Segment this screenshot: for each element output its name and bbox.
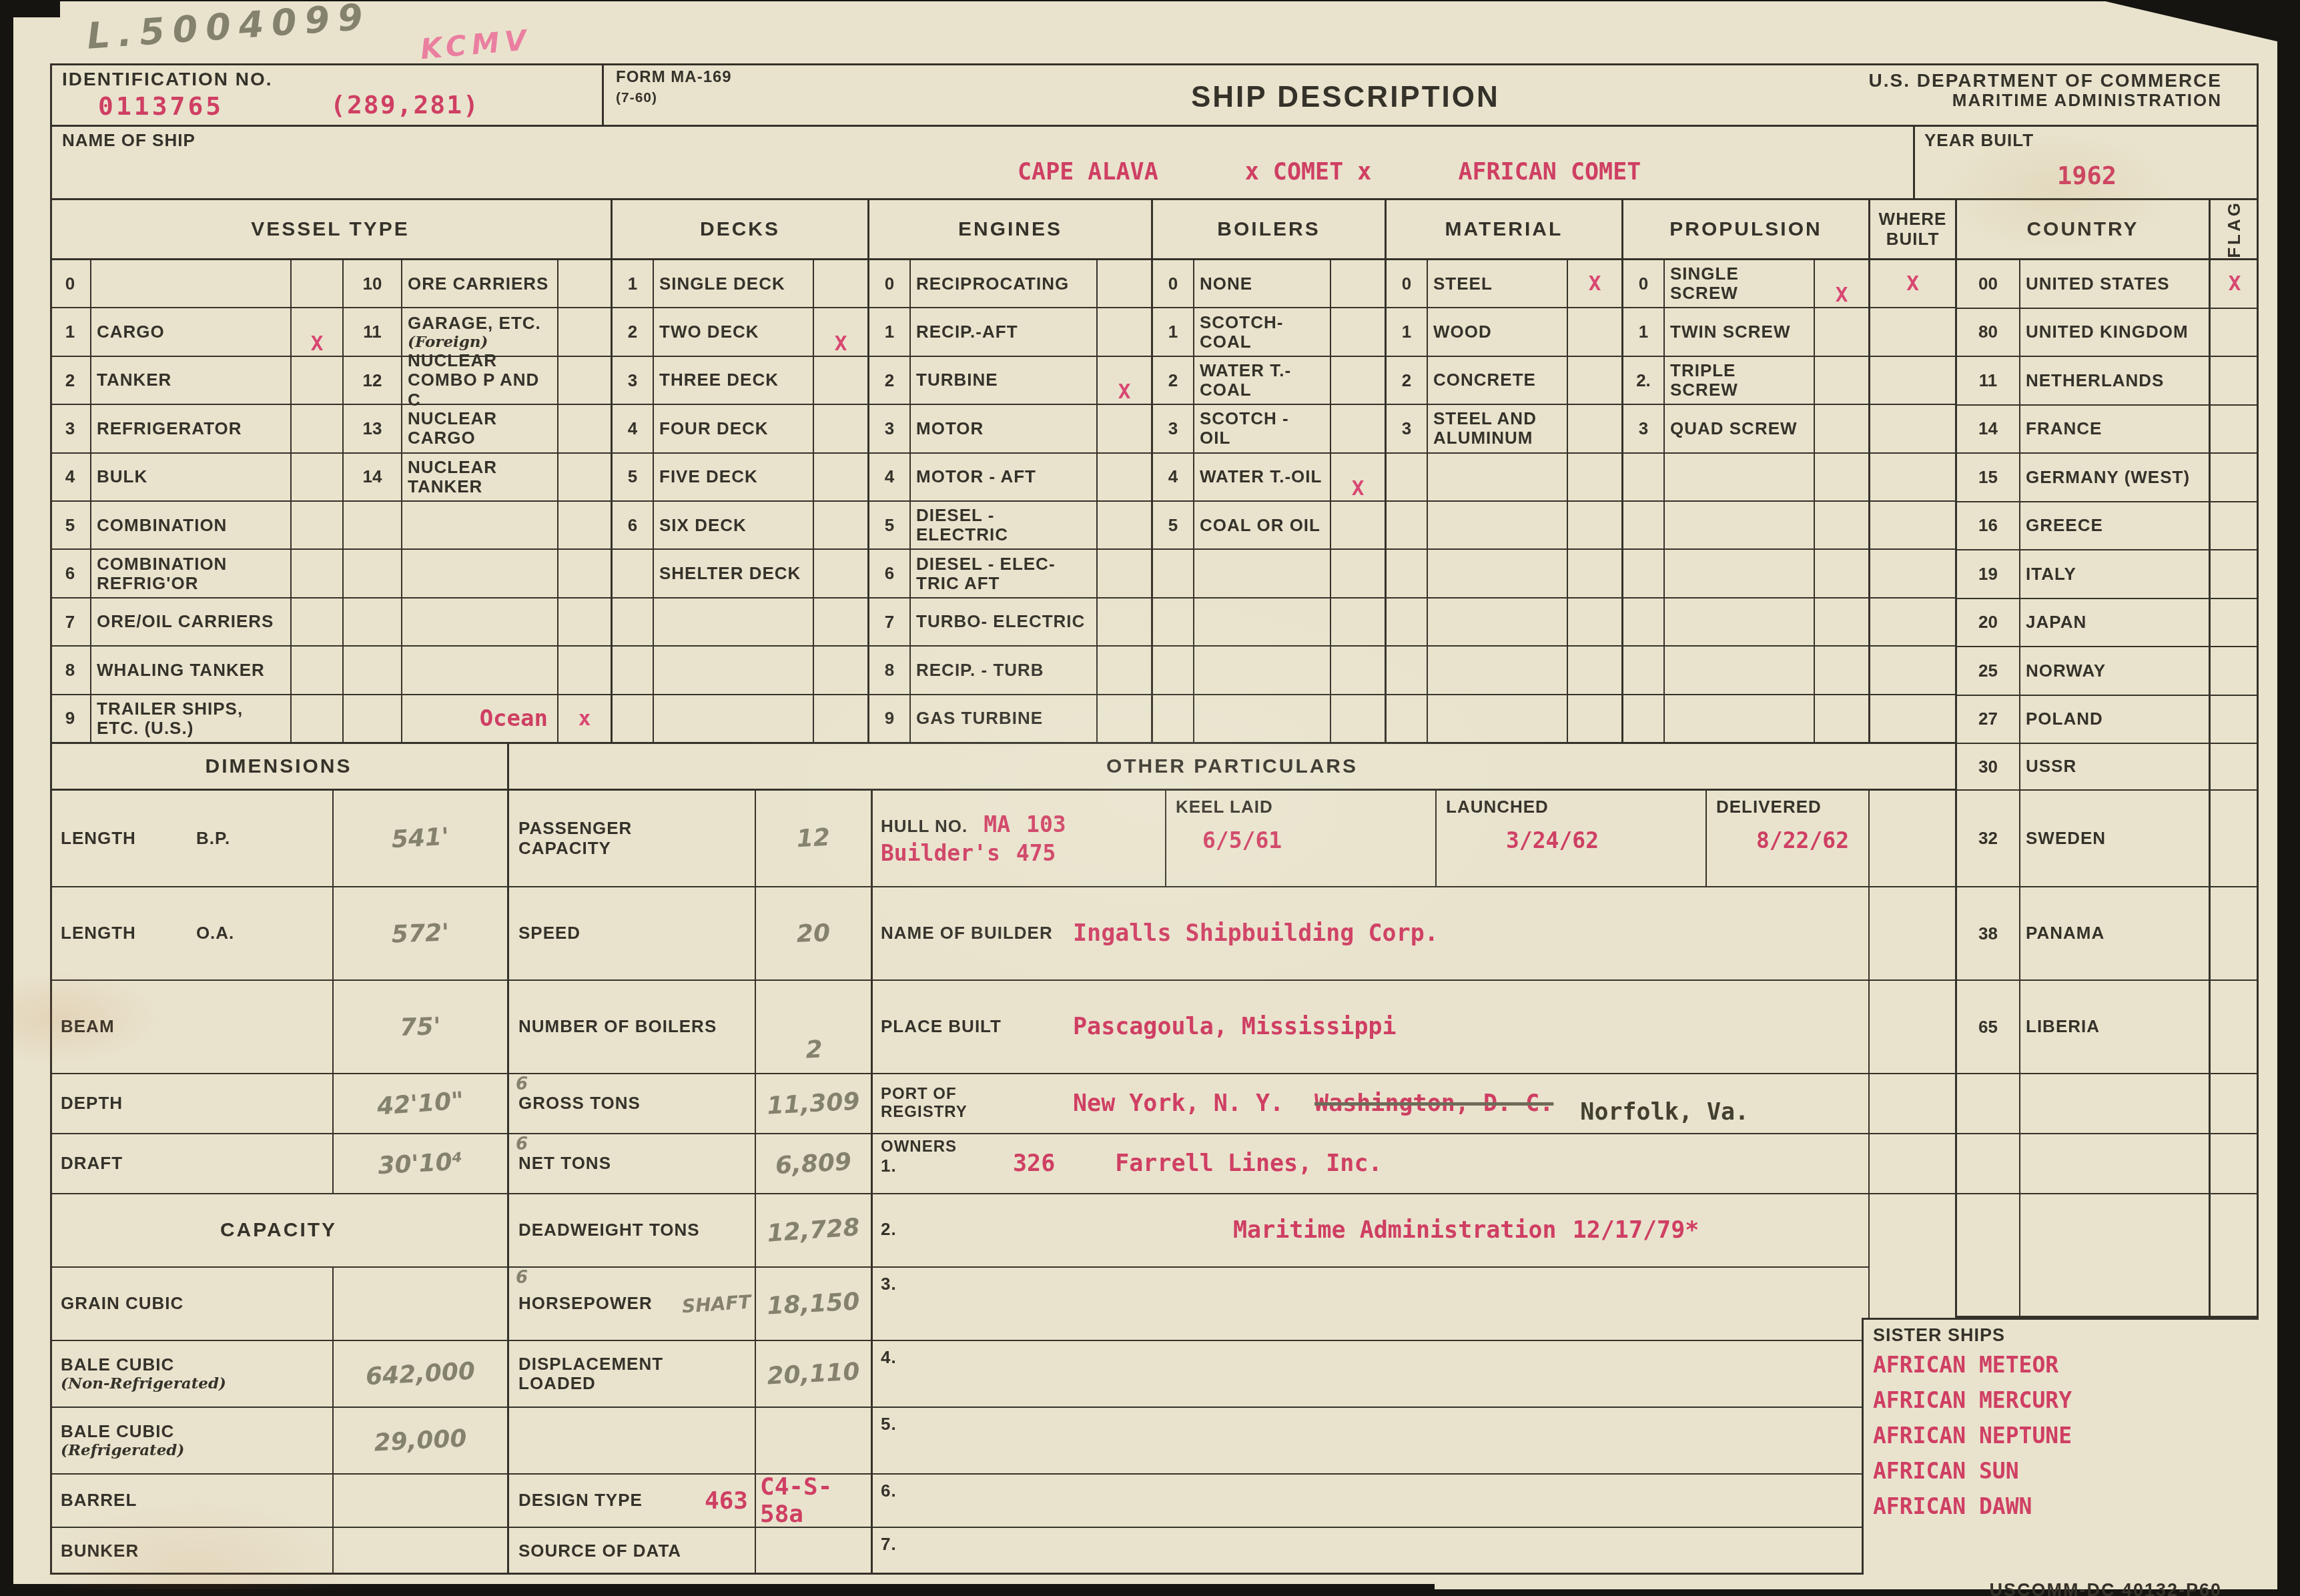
year-built-label: YEAR BUILT xyxy=(1924,131,2034,150)
propulsion-row: 1TWIN SCREW xyxy=(1623,308,1868,356)
port-value-norfolk: Norfolk, Va. xyxy=(1580,1099,1749,1126)
mid-row: 6 HORSEPOWER SHAFT 18,150 xyxy=(509,1268,871,1341)
flag-cell xyxy=(2211,1074,2259,1134)
engines-row: 7TURBO- ELECTRIC xyxy=(869,598,1151,647)
dim-label: DRAFT xyxy=(50,1134,334,1193)
port-value-washington-struck: Washington, D. C. xyxy=(1314,1090,1553,1117)
capacity-label: BUNKER xyxy=(50,1528,334,1575)
decks-label xyxy=(654,598,814,645)
engines-code: 4 xyxy=(869,454,911,500)
decks-checkbox xyxy=(814,550,867,596)
decks-label xyxy=(654,647,814,693)
material-code xyxy=(1387,598,1428,645)
vessel-row: 2 TANKER 12 NUCLEAR COMBO P AND C xyxy=(50,357,611,405)
decks-row: 4FOUR DECK xyxy=(613,405,867,453)
scan-edge-bottom xyxy=(0,1584,1435,1596)
boilers-checkbox xyxy=(1331,647,1385,693)
flag-cell xyxy=(2211,550,2259,599)
vessel-label xyxy=(91,260,292,307)
port-of-registry-row: PORT OF REGISTRY New York, N. Y. Washing… xyxy=(873,1074,1868,1134)
launched-value: 3/24/62 xyxy=(1506,827,1599,853)
country-row: 19ITALY xyxy=(1957,550,2209,599)
vessel-checkbox xyxy=(292,260,344,307)
dimension-row: DEPTH 42'10" xyxy=(50,1074,507,1134)
propulsion-checkbox xyxy=(1815,647,1868,693)
material-row: 2CONCRETE xyxy=(1387,357,1621,405)
country-code: 00 xyxy=(1957,260,2020,308)
mid-label: DISPLACEMENT LOADED xyxy=(509,1341,756,1407)
dim-label-1: BEAM xyxy=(61,1017,115,1036)
dim-label-2: B.P. xyxy=(196,829,230,848)
boilers-checkbox-watert-oil: X xyxy=(1331,454,1385,500)
where-built-cell xyxy=(1870,502,1955,550)
country-code: 27 xyxy=(1957,696,2020,743)
launched-cell: LAUNCHED 3/24/62 xyxy=(1437,791,1707,886)
decks-rows: 1SINGLE DECK 2TWO DECKX 3THREE DECK 4FOU… xyxy=(613,260,867,742)
material-label: CONCRETE xyxy=(1428,357,1568,404)
mid-label: DEADWEIGHT TONS xyxy=(509,1194,756,1266)
propulsion-label xyxy=(1665,454,1815,500)
boilers-row xyxy=(1153,550,1385,598)
dim-label: BEAM xyxy=(50,981,334,1073)
vessel-code: 6 xyxy=(50,550,91,596)
country-row xyxy=(1957,1134,2209,1194)
vessel-label: TRAILER SHIPS, ETC. (U.S.) xyxy=(91,695,292,742)
propulsion-checkbox xyxy=(1815,598,1868,645)
propulsion-code: 3 xyxy=(1623,405,1665,452)
sister-ship: AFRICAN DAWN xyxy=(1873,1493,2259,1519)
capacity-header-row: CAPACITY xyxy=(50,1194,507,1268)
country-row: 80UNITED KINGDOM xyxy=(1957,309,2209,358)
mid-row: SPEED 20 xyxy=(509,887,871,981)
boilers-checkbox xyxy=(1331,502,1385,548)
propulsion-code: 1 xyxy=(1623,308,1665,355)
vessel-checkbox2 xyxy=(558,550,611,596)
propulsion-label: QUAD SCREW xyxy=(1665,405,1815,452)
mid-label: SPEED xyxy=(509,887,756,979)
other-particulars-header: OTHER PARTICULARS xyxy=(507,744,1955,791)
engines-code: 8 xyxy=(869,647,911,693)
sister-ships-box: SISTER SHIPS AFRICAN METEOR AFRICAN MERC… xyxy=(1862,1318,2259,1575)
country-label xyxy=(2020,1134,2209,1193)
material-checkbox xyxy=(1568,598,1621,645)
boilers-checkbox xyxy=(1331,598,1385,645)
other-particulars-title: OTHER PARTICULARS xyxy=(1106,755,1358,778)
mid-row: PASSENGER CAPACITY 12 xyxy=(509,791,871,887)
capacity-label: GRAIN CUBIC xyxy=(50,1268,334,1340)
mid-label-text: DESIGN TYPE xyxy=(518,1491,643,1510)
boilers-code: 0 xyxy=(1153,260,1194,307)
decks-row: 5FIVE DECK xyxy=(613,454,867,502)
material-code xyxy=(1387,695,1428,742)
vessel-checkbox2 xyxy=(558,502,611,548)
decks-checkbox xyxy=(814,695,867,742)
vessel-row: 9 TRAILER SHIPS, ETC. (U.S.) Ocean x xyxy=(50,695,611,742)
material-code xyxy=(1387,550,1428,596)
engines-row: 5DIESEL - ELECTRIC xyxy=(869,502,1151,550)
engines-row: 2TURBINEX xyxy=(869,357,1151,405)
vessel-code: 9 xyxy=(50,695,91,742)
vessel-label2 xyxy=(402,550,558,596)
form-title-box: FORM MA-169 (7-60) SHIP DESCRIPTION U.S.… xyxy=(604,63,2259,127)
mid-label: HORSEPOWER SHAFT xyxy=(509,1268,756,1340)
vessel-type-rows: 0 10 ORE CARRIERS 1 CARGO X 11 GARAGE, E… xyxy=(50,260,611,742)
capacity-label-sub: (Refrigerated) xyxy=(61,1441,184,1459)
delivered-label: DELIVERED xyxy=(1716,797,1822,817)
decks-checkbox xyxy=(814,357,867,404)
propulsion-label: SINGLE SCREW xyxy=(1665,260,1815,307)
hull-no-label: HULL NO. xyxy=(881,817,968,836)
material-row xyxy=(1387,550,1621,598)
capacity-label-text: BARREL xyxy=(61,1491,137,1510)
propulsion-code: 2. xyxy=(1623,357,1665,404)
decks-row xyxy=(613,647,867,695)
country-code: 11 xyxy=(1957,357,2020,404)
country-row: 16GREECE xyxy=(1957,502,2209,551)
mid-label-text: DEADWEIGHT TONS xyxy=(518,1220,700,1240)
vessel-label2 xyxy=(402,502,558,548)
country-row: 11NETHERLANDS xyxy=(1957,357,2209,406)
material-code: 1 xyxy=(1387,308,1428,355)
decks-label: SIX DECK xyxy=(654,502,814,548)
owner-1-code: 326 xyxy=(1013,1150,1055,1177)
engines-code: 2 xyxy=(869,357,911,404)
boilers-row: 4WATER T.-OILX xyxy=(1153,454,1385,502)
dimensions-block: LENGTHB.P. 541' LENGTHO.A. 572' BEAM 75'… xyxy=(50,791,507,1575)
vessel-row: 6 COMBINATION REFRIG'OR xyxy=(50,550,611,598)
mid-label-text: SOURCE OF DATA xyxy=(518,1541,681,1561)
engines-row: 8RECIP. - TURB xyxy=(869,647,1151,695)
capacity-label: BARREL xyxy=(50,1475,334,1527)
decks-label xyxy=(654,695,814,742)
owner-2-date: 12/17/79* xyxy=(1573,1217,1699,1244)
mid-value-gross-tons: 11,309 xyxy=(755,1072,872,1136)
engines-label: GAS TURBINE xyxy=(911,695,1098,742)
dimension-row: DRAFT 30'10⁴ xyxy=(50,1134,507,1194)
propulsion-code xyxy=(1623,598,1665,645)
builder-value: Ingalls Shipbuilding Corp. xyxy=(1073,920,1439,947)
boilers-row: 0NONE xyxy=(1153,260,1385,308)
propulsion-label xyxy=(1665,695,1815,742)
hull-no-builders-value: 475 xyxy=(1016,840,1056,866)
decks-code xyxy=(613,598,654,645)
sister-ships-title: SISTER SHIPS xyxy=(1864,1320,2259,1345)
sister-ship: AFRICAN MERCURY xyxy=(1873,1387,2259,1413)
flag-title: FLAG xyxy=(2225,200,2244,258)
owners-row-1: OWNERS 1. 326 Farrell Lines, Inc. xyxy=(873,1134,1868,1194)
propulsion-code xyxy=(1623,454,1665,500)
material-checkbox xyxy=(1568,308,1621,355)
propulsion-group: PROPULSION 0SINGLE SCREWX 1TWIN SCREW 2.… xyxy=(1621,200,1868,744)
boilers-label: SCOTCH- COAL xyxy=(1194,308,1331,355)
country-label: SWEDEN xyxy=(2020,791,2209,886)
capacity-label-sub: (Non-Refrigerated) xyxy=(61,1374,226,1392)
vessel-checkbox xyxy=(292,647,344,693)
owners-row-6: 6. xyxy=(873,1475,1868,1528)
material-label xyxy=(1428,502,1568,548)
design-type-value: C4-S-58a xyxy=(756,1475,871,1527)
material-code xyxy=(1387,454,1428,500)
vessel-label: CARGO xyxy=(91,308,292,355)
dimension-row: BEAM 75' xyxy=(50,981,507,1074)
engines-row: 4MOTOR - AFT xyxy=(869,454,1151,502)
vessel-row: 7 ORE/OIL CARRIERS xyxy=(50,598,611,647)
country-code: 25 xyxy=(1957,647,2020,695)
hull-no-builders: Builder's xyxy=(881,840,1000,866)
boilers-row xyxy=(1153,647,1385,695)
country-code: 80 xyxy=(1957,309,2020,356)
country-label xyxy=(2020,1194,2209,1318)
engines-row: 1RECIP.-AFT xyxy=(869,308,1151,356)
port-value-newyork: New York, N. Y. xyxy=(1073,1090,1284,1117)
decks-row: 6SIX DECK xyxy=(613,502,867,550)
mid-value-horsepower: 18,150 xyxy=(754,1265,872,1343)
capacity-value-bunker xyxy=(334,1528,507,1575)
propulsion-row xyxy=(1623,598,1868,647)
boilers-label xyxy=(1194,695,1331,742)
country-label: POLAND xyxy=(2020,696,2209,743)
capacity-label-text: BUNKER xyxy=(61,1541,139,1561)
vessel-code2 xyxy=(344,647,402,693)
country-label: USSR xyxy=(2020,744,2209,789)
boilers-label: NONE xyxy=(1194,260,1331,307)
propulsion-row: 3QUAD SCREW xyxy=(1623,405,1868,453)
material-checkbox-steel: X xyxy=(1568,260,1621,307)
mid-value-displacement: 20,110 xyxy=(755,1338,873,1410)
mid-label-text: NET TONS xyxy=(518,1154,611,1173)
propulsion-row xyxy=(1623,695,1868,742)
country-row: 15GERMANY (WEST) xyxy=(1957,454,2209,502)
country-title: COUNTRY xyxy=(2026,218,2139,241)
identification-value-2: (289,281) xyxy=(330,90,480,119)
propulsion-row xyxy=(1623,647,1868,695)
launched-label: LAUNCHED xyxy=(1446,797,1549,817)
owners-number-1: 1. xyxy=(881,1156,1013,1176)
country-label: GREECE xyxy=(2020,502,2209,550)
mid-value-passenger-capacity: 12 xyxy=(753,788,873,889)
flag-cell xyxy=(2211,981,2259,1074)
decks-row xyxy=(613,598,867,647)
flag-column: FLAG X xyxy=(2209,200,2259,1318)
boilers-rows: 0NONE 1SCOTCH- COAL 2WATER T.- COAL 3SCO… xyxy=(1153,260,1385,742)
mid-value-speed: 20 xyxy=(755,885,873,981)
engines-row: 0RECIPROCATING xyxy=(869,260,1151,308)
where-built-title1: WHERE xyxy=(1879,210,1947,229)
dim-label-1: DEPTH xyxy=(61,1094,123,1113)
place-built-label: PLACE BUILT xyxy=(873,1017,1073,1036)
country-code: 32 xyxy=(1957,791,2020,886)
propulsion-label xyxy=(1665,550,1815,596)
mid-label: SOURCE OF DATA xyxy=(509,1528,756,1575)
mid-value-deadweight: 12,728 xyxy=(753,1190,873,1270)
material-label: STEEL xyxy=(1428,260,1568,307)
decks-label: FIVE DECK xyxy=(654,454,814,500)
delivered-value: 8/22/62 xyxy=(1756,827,1849,853)
port-label-1: PORT OF xyxy=(881,1086,1073,1104)
propulsion-checkbox xyxy=(1815,502,1868,548)
vessel-label: WHALING TANKER xyxy=(91,647,292,693)
decks-code: 3 xyxy=(613,357,654,404)
vessel-code2 xyxy=(344,598,402,645)
material-checkbox xyxy=(1568,502,1621,548)
engines-checkbox xyxy=(1098,454,1151,500)
engines-checkbox xyxy=(1098,260,1151,307)
vessel-row: 4 BULK 14 NUCLEAR TANKER xyxy=(50,454,611,502)
vessel-label2: NUCLEAR TANKER xyxy=(402,454,558,500)
flag-cell xyxy=(2211,791,2259,887)
propulsion-code xyxy=(1623,550,1665,596)
country-label: UNITED KINGDOM xyxy=(2020,309,2209,356)
decks-label: TWO DECK xyxy=(654,308,814,355)
where-built-cell xyxy=(1870,308,1955,356)
vessel-label2-sub: (Foreign) xyxy=(408,333,488,351)
dim-label-1: LENGTH xyxy=(61,829,136,848)
material-code: 3 xyxy=(1387,405,1428,452)
service-ocean-label: Ocean xyxy=(402,695,558,742)
material-row xyxy=(1387,647,1621,695)
decks-code xyxy=(613,550,654,596)
mid-row xyxy=(509,1408,871,1475)
dimensions-header: DIMENSIONS xyxy=(50,744,507,791)
vessel-label: TANKER xyxy=(91,357,292,404)
engines-code: 9 xyxy=(869,695,911,742)
owners-label-block: OWNERS 1. xyxy=(873,1134,1013,1176)
name-of-ship-label: NAME OF SHIP xyxy=(62,131,196,150)
vessel-code: 7 xyxy=(50,598,91,645)
boilers-checkbox xyxy=(1331,308,1385,355)
shaft-note: SHAFT xyxy=(681,1290,751,1317)
material-label xyxy=(1428,598,1568,645)
vessel-row: 0 10 ORE CARRIERS xyxy=(50,260,611,308)
boilers-code: 3 xyxy=(1153,405,1194,452)
owners-number-6: 6. xyxy=(873,1475,897,1527)
flag-cell xyxy=(2211,357,2259,406)
country-row: 65LIBERIA xyxy=(1957,981,2209,1074)
engines-checkbox xyxy=(1098,695,1151,742)
vessel-label: COMBINATION xyxy=(91,502,292,548)
keel-laid-label: KEEL LAID xyxy=(1176,797,1273,817)
boilers-label xyxy=(1194,647,1331,693)
dim-label: DEPTH xyxy=(50,1074,334,1133)
country-label: GERMANY (WEST) xyxy=(2020,454,2209,501)
material-checkbox xyxy=(1568,550,1621,596)
boilers-row xyxy=(1153,695,1385,742)
mid-label xyxy=(509,1408,756,1473)
department-line1: U.S. DEPARTMENT OF COMMERCE xyxy=(1869,70,2222,91)
ship-name-struck: x COMET x xyxy=(1245,159,1372,185)
capacity-value-grain xyxy=(334,1268,507,1340)
vessel-row: 3 REFRIGERATOR 13 NUCLEAR CARGO xyxy=(50,405,611,453)
dim-value-beam: 75' xyxy=(332,978,509,1076)
country-label: NETHERLANDS xyxy=(2020,357,2209,404)
where-built-cell xyxy=(1870,598,1955,647)
boilers-label xyxy=(1194,598,1331,645)
boilers-label xyxy=(1194,550,1331,596)
vessel-code: 1 xyxy=(50,308,91,355)
boilers-code xyxy=(1153,550,1194,596)
dim-label: LENGTHO.A. xyxy=(50,887,334,979)
vessel-code: 8 xyxy=(50,647,91,693)
port-label: PORT OF REGISTRY xyxy=(873,1086,1073,1122)
owners-row-2: 2. Maritime Administration 12/17/79* xyxy=(873,1194,1868,1268)
hull-no-cell: HULL NO. MA 103 Builder's 475 xyxy=(873,791,1166,886)
propulsion-label xyxy=(1665,598,1815,645)
dim-value-draft: 30'10⁴ xyxy=(332,1130,508,1197)
propulsion-code xyxy=(1623,695,1665,742)
boilers-row: 2WATER T.- COAL xyxy=(1153,357,1385,405)
vessel-code2: 11 xyxy=(344,308,402,355)
vessel-checkbox xyxy=(292,405,344,452)
capacity-row: BARREL xyxy=(50,1475,507,1528)
boilers-label: WATER T.-OIL xyxy=(1194,454,1331,500)
capacity-value-barrel xyxy=(334,1475,507,1527)
decks-checkbox xyxy=(814,598,867,645)
material-row: 3STEEL AND ALUMINUM xyxy=(1387,405,1621,453)
identification-value: 0113765 xyxy=(98,91,224,121)
print-code: USCOMM-DC 40132-P60 xyxy=(1908,1580,2222,1596)
dimensions-title: DIMENSIONS xyxy=(205,755,352,778)
flag-cell xyxy=(2211,647,2259,696)
owner-1-name: Farrell Lines, Inc. xyxy=(1115,1150,1382,1177)
decks-label-shelter: SHELTER DECK xyxy=(654,550,814,596)
capacity-label: BALE CUBIC (Non-Refrigerated) xyxy=(50,1341,334,1407)
dim-value-length-bp: 541' xyxy=(331,786,509,890)
mid-label: NET TONS xyxy=(509,1134,756,1193)
where-built-cell xyxy=(1870,357,1955,405)
country-row: 30USSR xyxy=(1957,744,2209,791)
material-checkbox xyxy=(1568,357,1621,404)
boilers-code: 5 xyxy=(1153,502,1194,548)
vessel-label: REFRIGERATOR xyxy=(91,405,292,452)
country-label: NORWAY xyxy=(2020,647,2209,695)
vessel-code2: 13 xyxy=(344,405,402,452)
vessel-row: 1 CARGO X 11 GARAGE, ETC. (Foreign) xyxy=(50,308,611,356)
vessel-code: 0 xyxy=(50,260,91,307)
vessel-checkbox-cargo: X xyxy=(292,308,344,355)
propulsion-label: TWIN SCREW xyxy=(1665,308,1815,355)
where-built-column-lower xyxy=(1868,791,1955,1318)
country-row: 20JAPAN xyxy=(1957,599,2209,648)
country-label: UNITED STATES xyxy=(2020,260,2209,308)
where-built-cell xyxy=(1870,647,1955,695)
owners-number-4: 4. xyxy=(873,1341,897,1407)
flag-cell xyxy=(2211,406,2259,454)
material-row: 1WOOD xyxy=(1387,308,1621,356)
country-code: 65 xyxy=(1957,981,2020,1073)
dim-label-1: LENGTH xyxy=(61,923,136,943)
propulsion-code xyxy=(1623,647,1665,693)
propulsion-checkbox xyxy=(1815,695,1868,742)
propulsion-code xyxy=(1623,502,1665,548)
decks-row: 1SINGLE DECK xyxy=(613,260,867,308)
capacity-label-text: GRAIN CUBIC xyxy=(61,1294,183,1313)
material-label xyxy=(1428,647,1568,693)
service-ocean-check: x xyxy=(558,695,611,742)
decks-row: 2TWO DECKX xyxy=(613,308,867,356)
port-label-2: REGISTRY xyxy=(881,1104,1073,1122)
material-code: 2 xyxy=(1387,357,1428,404)
mid-label-text: NUMBER OF BOILERS xyxy=(518,1017,717,1036)
mid-value-boilers: 2 xyxy=(755,979,873,1075)
department-line2: MARITIME ADMINISTRATION xyxy=(1869,91,2222,110)
boilers-label: WATER T.- COAL xyxy=(1194,357,1331,404)
engines-checkbox xyxy=(1098,550,1151,596)
country-label: JAPAN xyxy=(2020,599,2209,647)
engines-code: 6 xyxy=(869,550,911,596)
vessel-code2 xyxy=(344,550,402,596)
mid-label: PASSENGER CAPACITY xyxy=(509,791,756,886)
engines-label: DIESEL - ELEC- TRIC AFT xyxy=(911,550,1098,596)
